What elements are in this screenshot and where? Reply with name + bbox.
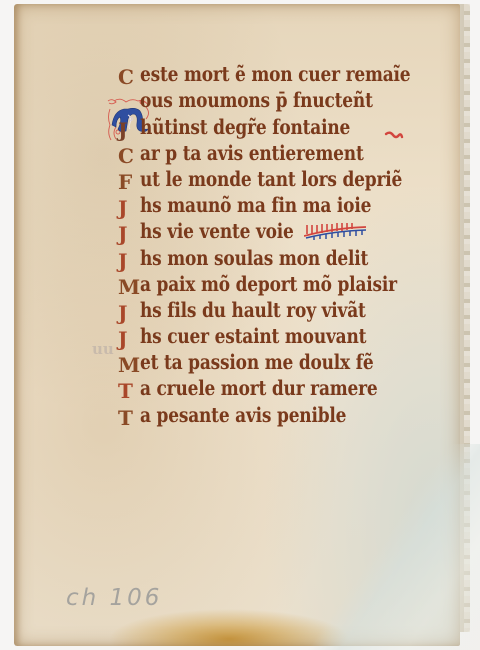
line-initial: F — [118, 171, 140, 193]
verse-text: hs vie vente voie — [140, 219, 294, 245]
verse-line: J hs mon soulas mon delit — [118, 245, 428, 271]
line-initial: J — [118, 250, 140, 272]
line-initial: T — [118, 407, 140, 429]
line-initial: J — [118, 119, 140, 141]
verse-line: M et ta passion me doulx fẽ — [118, 350, 428, 376]
verse-line: M a paix mõ deport mõ plaisir — [118, 272, 428, 298]
verse-line: J hs maunõ ma fin ma ioie — [118, 193, 428, 219]
line-initial: J — [118, 302, 140, 324]
verse-text: este mort ẽ mon cuer remaĩe — [140, 62, 410, 88]
line-initial: M — [118, 276, 140, 298]
line-initial: C — [118, 145, 140, 167]
verse-line: T a pesante avis penible — [118, 402, 428, 428]
verse-line: T a cruele mort dur ramere — [118, 376, 428, 402]
manuscript-text-block: C este mort ẽ mon cuer remaĩe ous moumon… — [118, 62, 428, 429]
manuscript-photo: uu C este mort ẽ mon cuer remaĩe ous mou… — [0, 0, 480, 650]
line-initial: J — [118, 223, 140, 245]
show-through-text: uu — [92, 340, 114, 358]
verse-line: C este mort ẽ mon cuer remaĩe — [118, 62, 428, 88]
verse-text: hs maunõ ma fin ma ioie — [140, 193, 371, 219]
verse-text: a pesante avis penible — [140, 403, 346, 429]
verse-line: ous moumons p̄ fnucteñt — [118, 88, 428, 114]
line-initial: M — [118, 354, 140, 376]
page-fold-crease — [304, 444, 480, 650]
verse-line: J hs cuer estaint mouvant — [118, 324, 428, 350]
verse-line: J hs fils du hault roy vivãt — [118, 298, 428, 324]
verse-text: hs mon soulas mon delit — [140, 246, 368, 272]
verse-line: F ut le monde tant lors depriẽ — [118, 167, 428, 193]
verse-line: J hs vie vente voie — [118, 219, 428, 245]
verse-line: J hũtinst degr̃e fontaine — [118, 114, 428, 140]
line-initial: T — [118, 380, 140, 402]
verse-text: ut le monde tant lors depriẽ — [140, 167, 402, 193]
verse-text: ar p ta avis entierement — [140, 141, 364, 167]
verse-text: et ta passion me doulx fẽ — [140, 350, 373, 376]
verse-text: a cruele mort dur ramere — [140, 376, 378, 402]
verse-text: hs cuer estaint mouvant — [140, 324, 366, 350]
verse-text: hs fils du hault roy vivãt — [140, 298, 366, 324]
verse-line: C ar p ta avis entierement — [118, 141, 428, 167]
line-initial: J — [118, 328, 140, 350]
line-initial: J — [118, 197, 140, 219]
pencil-shelfmark: ch 106 — [66, 585, 162, 611]
verse-text: ous moumons p̄ fnucteñt — [140, 88, 373, 114]
line-filler-flourish — [304, 221, 366, 241]
verse-text: hũtinst degr̃e fontaine — [140, 115, 350, 141]
line-initial: C — [118, 66, 140, 88]
verse-text: a paix mõ deport mõ plaisir — [140, 272, 397, 298]
